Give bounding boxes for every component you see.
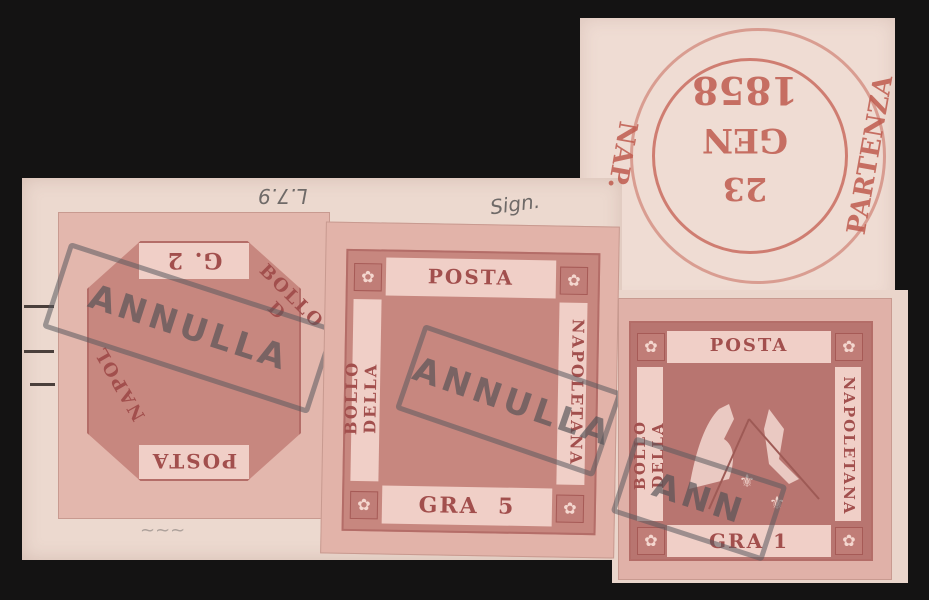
- stamp-2-side-left: BOLLO DELLA: [341, 323, 382, 474]
- cancel-text: ANN: [648, 465, 751, 532]
- flower-ornament-icon: ✿: [560, 267, 588, 295]
- pencil-mark: [30, 383, 55, 386]
- stamp-1-bottom-label: POSTA: [139, 449, 249, 473]
- stamp-2-grana: G. 2 POSTA BOLLO D NAPOL ANNULLA: [58, 212, 330, 519]
- stamp-5-grana: POSTA GRA 5 BOLLO DELLA NAPOLETANA ✿ ✿ ✿…: [320, 221, 620, 558]
- flower-ornament-icon: ✿: [637, 333, 665, 361]
- postmark-year: 1858: [675, 68, 815, 113]
- stamp-2-bottom-label: GRA 5: [382, 491, 552, 520]
- flower-ornament-icon: ✿: [835, 527, 863, 555]
- flower-ornament-icon: ✿: [354, 263, 382, 291]
- stamp-3-top-label: POSTA: [667, 335, 831, 356]
- pencil-mark: [24, 350, 54, 353]
- postmark-day: 23: [675, 170, 815, 208]
- flower-ornament-icon: ✿: [835, 333, 863, 361]
- stamp-1-grano: POSTA GRA 1 BOLLO DELLA NAPOLETANA ✿ ✿ ✿…: [618, 298, 892, 580]
- pencil-note-catalog: L.7.9: [258, 184, 307, 208]
- circular-postmark: 1858 GEN 23 NAP. PARTENZA: [590, 20, 890, 290]
- pencil-note-bottom: ~~~: [140, 520, 185, 541]
- flower-ornament-icon: ✿: [556, 495, 584, 523]
- flower-ornament-icon: ✿: [637, 527, 665, 555]
- postmark-month: GEN: [675, 120, 815, 160]
- flower-ornament-icon: ✿: [350, 491, 378, 519]
- stamp-3-side-right: NAPOLETANA: [840, 376, 858, 516]
- stamp-2-top-label: POSTA: [386, 264, 556, 291]
